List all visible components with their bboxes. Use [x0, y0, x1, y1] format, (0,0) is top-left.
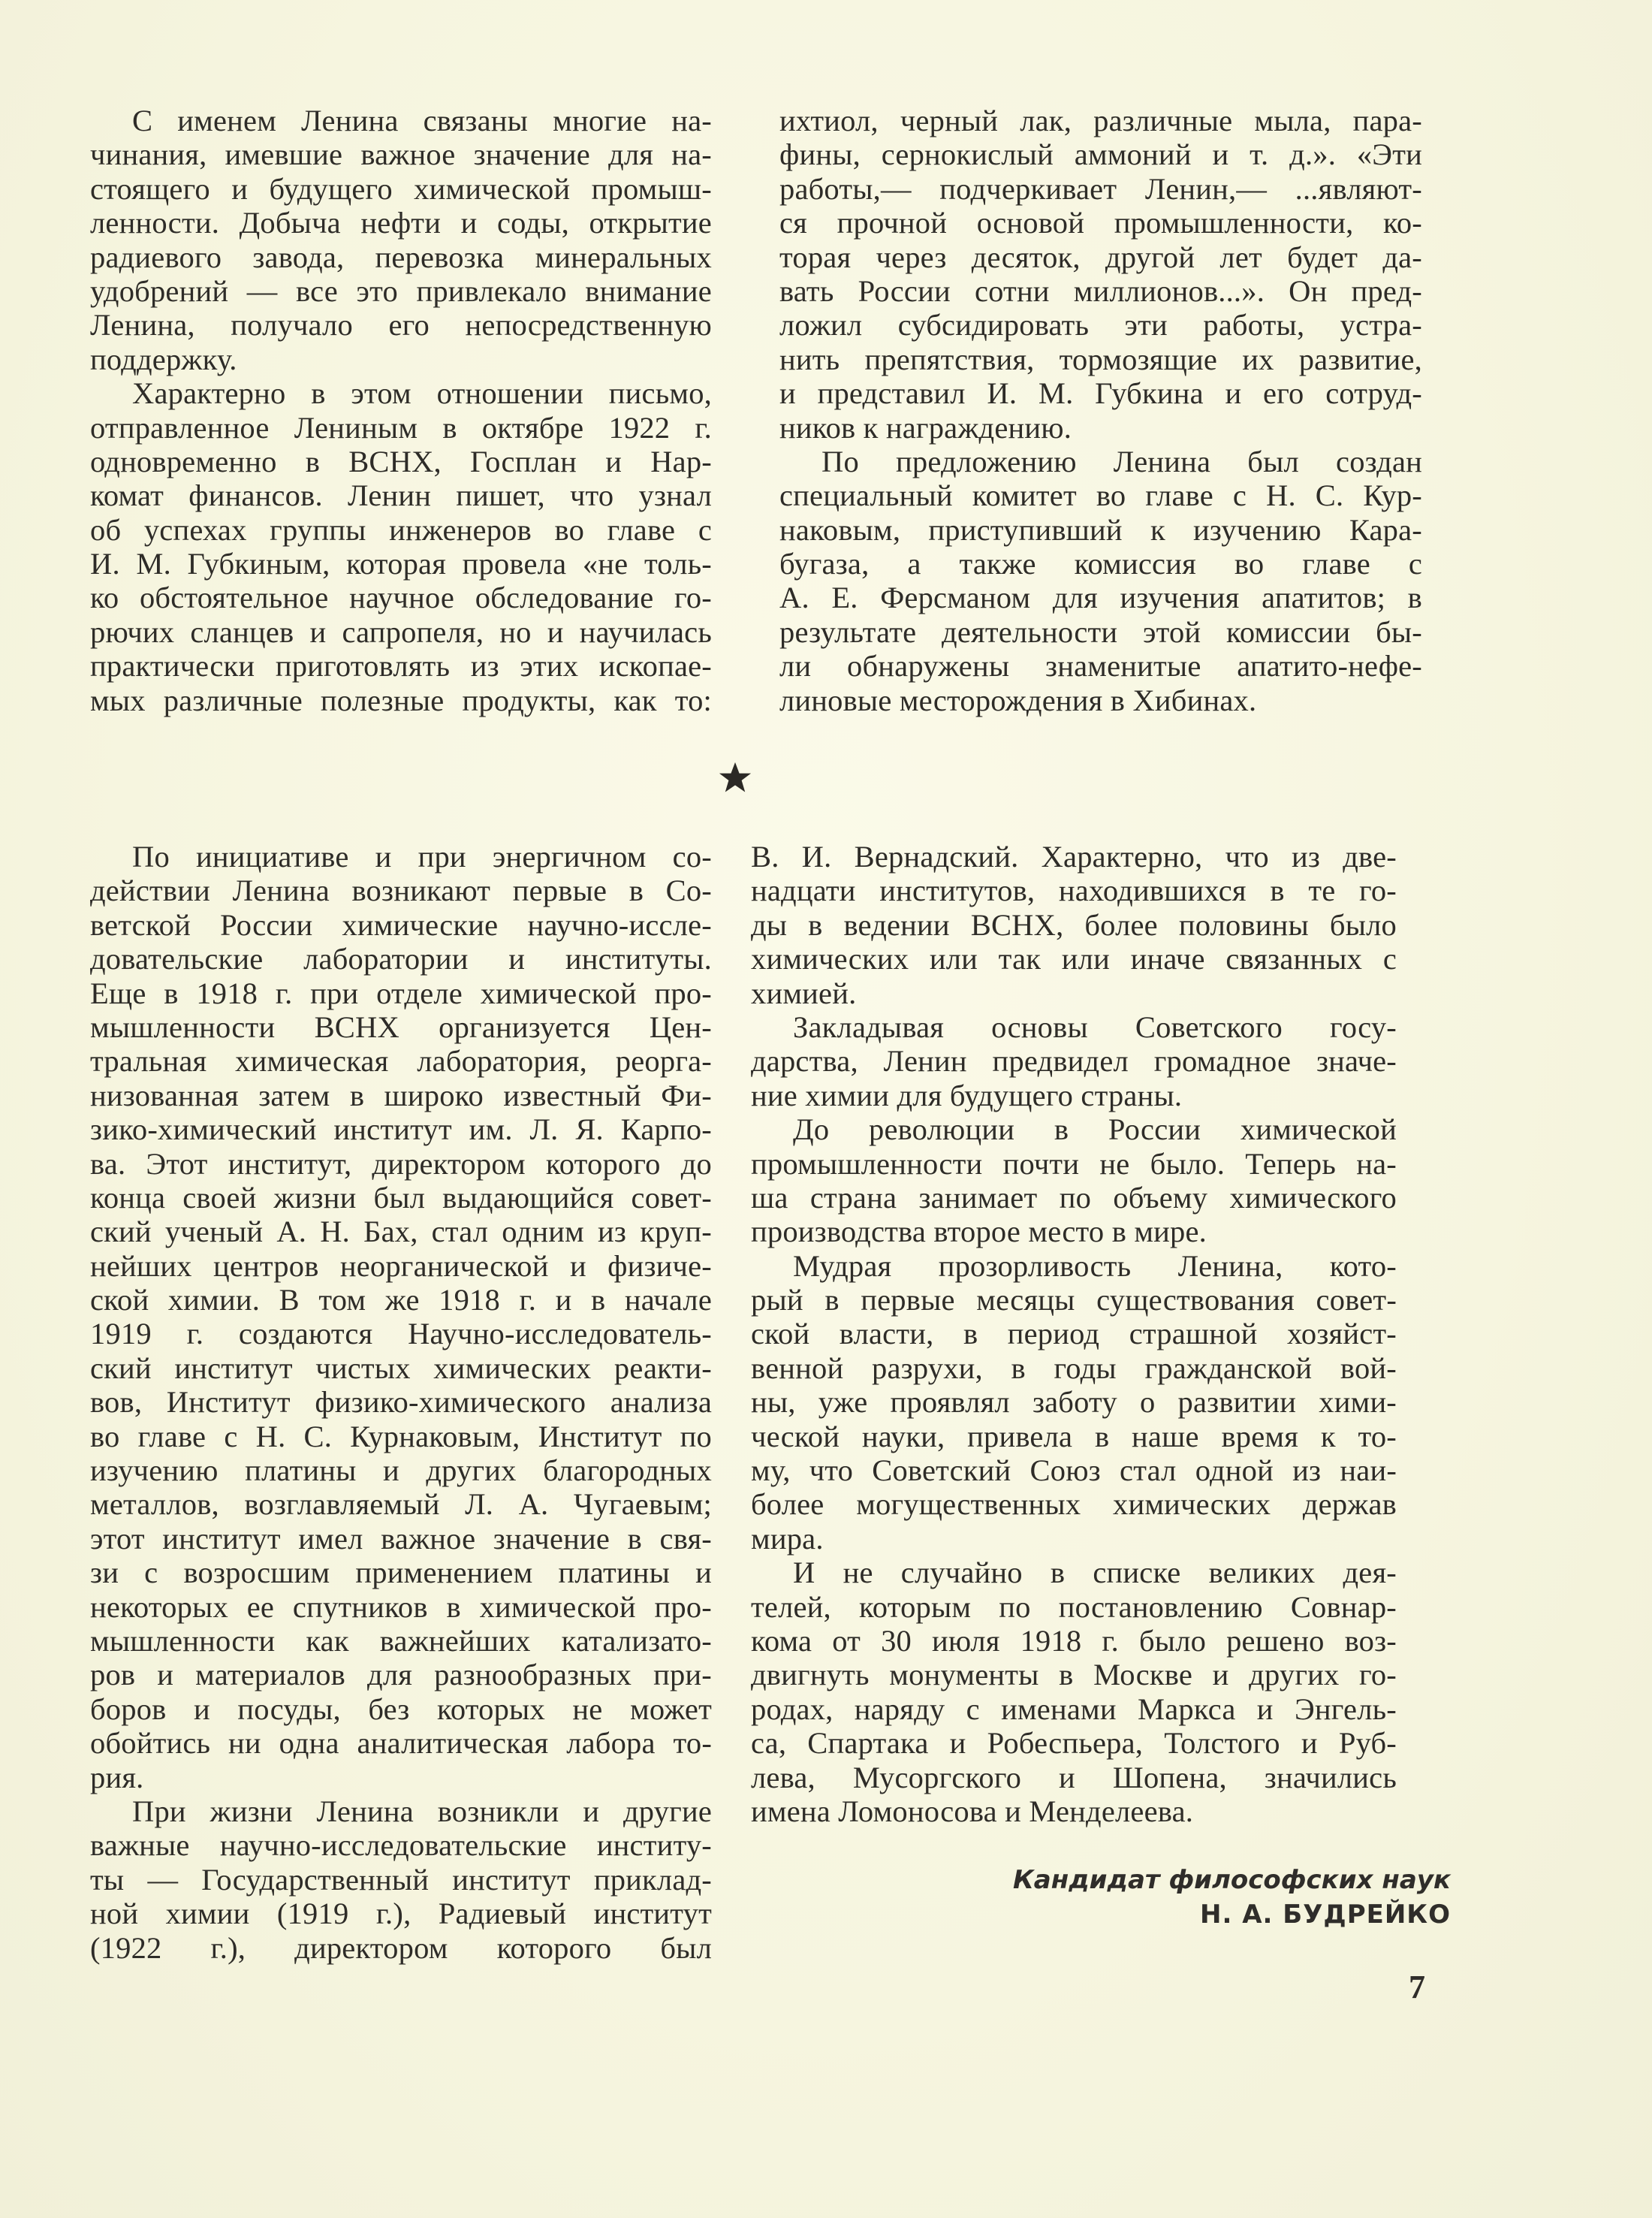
text-line: тральная химическая лаборатория, реорга-	[90, 1044, 712, 1078]
text-line: вов, Институт физико-химического анализа	[90, 1385, 712, 1419]
bottom-left-column: По инициативе и при энергичном со- дейст…	[90, 840, 712, 1965]
text-line: результате деятельности этой комиссии бы…	[779, 615, 1422, 649]
text-line: промышленности почти не было. Теперь на-	[751, 1147, 1397, 1181]
text-line: ров и материалов для разнообразных при-	[90, 1658, 712, 1691]
text-line: ко обстоятельное научное обследование го…	[90, 581, 712, 614]
text-line: металлов, возглавляемый Л. А. Чугаевым;	[90, 1487, 712, 1521]
text-line: По инициативе и при энергичном со-	[90, 840, 712, 874]
text-line: рючих сланцев и сапропеля, но и научилас…	[90, 615, 712, 649]
bottom-right-column: В. И. Вернадский. Характерно, что из две…	[751, 840, 1397, 1828]
magazine-page: С именем Ленина связаны многие на- чинан…	[0, 0, 1652, 2218]
text-line: По предложению Ленина был создан	[779, 445, 1422, 478]
text-line: ческой науки, привела в наше время к то-	[751, 1420, 1397, 1453]
text-line: этот институт имел важное значение в свя…	[90, 1522, 712, 1556]
text-line: (1922 г.), директором которого был	[90, 1931, 712, 1965]
text-line: обойтись ни одна аналитическая лабора то…	[90, 1726, 712, 1760]
text-line: комат финансов. Ленин пишет, что узнал	[90, 478, 712, 512]
text-line: конца своей жизни был выдающийся совет-	[90, 1181, 712, 1215]
text-line: ли обнаружены знаменитые апатито-нефе-	[779, 649, 1422, 683]
text-line: поддержку.	[90, 343, 712, 376]
text-line: нить препятствия, тормозящие их развитие…	[779, 343, 1422, 376]
text-line: мира.	[751, 1522, 1397, 1556]
text-line: некоторых ее спутников в химической про-	[90, 1590, 712, 1624]
text-line: более могущественных химических держав	[751, 1487, 1397, 1521]
text-line: зико-химический институт им. Л. Я. Карпо…	[90, 1112, 712, 1146]
text-line: двигнуть монументы в Москве и других го-	[751, 1658, 1397, 1691]
text-line: венной разрухи, в годы гражданской вой-	[751, 1351, 1397, 1385]
text-line: И. М. Губкиным, которая провела «не толь…	[90, 547, 712, 581]
text-line: удобрений — все это привлекало внимание	[90, 274, 712, 308]
top-left-column: С именем Ленина связаны многие на- чинан…	[90, 104, 712, 717]
page-number: 7	[1409, 1968, 1425, 2006]
text-line: одновременно в ВСНХ, Госплан и Нар-	[90, 445, 712, 478]
text-line: радиевого завода, перевозка минеральных	[90, 240, 712, 274]
text-line: ников к награждению.	[779, 411, 1422, 445]
text-line: ва. Этот институт, директором которого д…	[90, 1147, 712, 1181]
text-line: В. И. Вернадский. Характерно, что из две…	[751, 840, 1397, 874]
text-line: рый в первые месяцы существования совет-	[751, 1283, 1397, 1317]
text-line: ной химии (1919 г.), Радиевый институт	[90, 1897, 712, 1930]
author-name: Н. А. БУДРЕЙКО	[1013, 1897, 1451, 1932]
top-right-column: ихтиол, черный лак, различные мыла, пара…	[779, 104, 1422, 717]
text-line: Еще в 1918 г. при отделе химической про-	[90, 976, 712, 1010]
star-icon	[718, 760, 752, 795]
text-line: лева, Мусоргского и Шопена, значились	[751, 1761, 1397, 1794]
text-line: 1919 г. создаются Научно-исследователь-	[90, 1317, 712, 1350]
text-line: ветской России химические научно-иссле-	[90, 908, 712, 942]
text-line: специальный комитет во главе с Н. С. Кур…	[779, 478, 1422, 512]
text-line: бугаза, а также комиссия во главе с	[779, 547, 1422, 581]
text-line: об успехах группы инженеров во главе с	[90, 513, 712, 547]
text-line: Характерно в этом отношении письмо,	[90, 376, 712, 410]
text-line: Закладывая основы Советского госу-	[751, 1010, 1397, 1044]
text-line: мышленности как важнейших катализато-	[90, 1624, 712, 1658]
text-line: ние химии для будущего страны.	[751, 1079, 1397, 1112]
text-line: са, Спартака и Робеспьера, Толстого и Ру…	[751, 1726, 1397, 1760]
text-line: работы,— подчеркивает Ленин,— ...являют-	[779, 172, 1422, 206]
text-line: довательские лаборатории и институты.	[90, 942, 712, 976]
text-line: И не случайно в списке великих дея-	[751, 1556, 1397, 1589]
text-line: торая через десяток, другой лет будет да…	[779, 240, 1422, 274]
text-line: ский институт чистых химических реакти-	[90, 1351, 712, 1385]
text-line: ской власти, в период страшной хозяйст-	[751, 1317, 1397, 1350]
text-line: дарства, Ленин предвидел громадное значе…	[751, 1044, 1397, 1078]
text-line: Ленина, получало его непосредственную	[90, 308, 712, 342]
text-line: вать России сотни миллионов...». Он пред…	[779, 274, 1422, 308]
text-line: производства второе место в мире.	[751, 1215, 1397, 1248]
text-line: Мудрая прозорливость Ленина, кото-	[751, 1249, 1397, 1283]
text-line: надцати институтов, находившихся в те го…	[751, 874, 1397, 907]
text-line: чинания, имевшие важное значение для на-	[90, 137, 712, 171]
text-line: и представил И. М. Губкина и его сотруд-	[779, 376, 1422, 410]
text-line: мых различные полезные продукты, как то:	[90, 684, 712, 717]
text-line: во главе с Н. С. Курнаковым, Институт по	[90, 1420, 712, 1453]
text-line: ды в ведении ВСНХ, более половины было	[751, 908, 1397, 942]
text-line: отправленное Лениным в октябре 1922 г.	[90, 411, 712, 445]
text-line: ской химии. В том же 1918 г. и в начале	[90, 1283, 712, 1317]
text-line: действии Ленина возникают первые в Со-	[90, 874, 712, 907]
text-line: кома от 30 июля 1918 г. было решено воз-	[751, 1624, 1397, 1658]
text-line: До революции в России химической	[751, 1112, 1397, 1146]
text-line: рия.	[90, 1761, 712, 1794]
text-line: А. Е. Ферсманом для изучения апатитов; в	[779, 581, 1422, 614]
text-line: ложил субсидировать эти работы, устра-	[779, 308, 1422, 342]
text-line: изучению платины и других благородных	[90, 1453, 712, 1487]
text-line: стоящего и будущего химической промыш-	[90, 172, 712, 206]
text-line: мышленности ВСНХ организуется Цен-	[90, 1010, 712, 1044]
text-line: При жизни Ленина возникли и другие	[90, 1794, 712, 1828]
text-line: С именем Ленина связаны многие на-	[90, 104, 712, 137]
text-line: боров и посуды, без которых не может	[90, 1692, 712, 1726]
text-line: наковым, приступивший к изучению Кара-	[779, 513, 1422, 547]
text-line: имена Ломоносова и Менделеева.	[751, 1794, 1397, 1828]
text-line: ша страна занимает по объему химического	[751, 1181, 1397, 1215]
text-line: химических или так или иначе связанных с	[751, 942, 1397, 976]
text-line: важные научно-исследовательские институ-	[90, 1828, 712, 1862]
text-line: нейших центров неорганической и физиче-	[90, 1249, 712, 1283]
text-line: фины, сернокислый аммоний и т. д.». «Эти	[779, 137, 1422, 171]
text-line: практически приготовлять из этих ископае…	[90, 649, 712, 683]
author-title: Кандидат философских наук	[1013, 1863, 1451, 1897]
text-line: ленности. Добыча нефти и соды, открытие	[90, 206, 712, 240]
text-line: химией.	[751, 976, 1397, 1010]
text-line: ны, уже проявлял заботу о развитии хими-	[751, 1385, 1397, 1419]
text-line: му, что Советский Союз стал одной из наи…	[751, 1453, 1397, 1487]
text-line: ский ученый А. Н. Бах, стал одним из кру…	[90, 1215, 712, 1248]
text-line: ся прочной основой промышленности, ко-	[779, 206, 1422, 240]
text-line: родах, наряду с именами Маркса и Энгель-	[751, 1692, 1397, 1726]
author-signature: Кандидат философских наук Н. А. БУДРЕЙКО	[1013, 1863, 1451, 1932]
text-line: зи с возросшим применением платины и	[90, 1556, 712, 1589]
text-line: ты — Государственный институт приклад-	[90, 1863, 712, 1897]
text-line: телей, которым по постановлению Совнар-	[751, 1590, 1397, 1624]
text-line: низованная затем в широко известный Фи-	[90, 1079, 712, 1112]
text-line: линовые месторождения в Хибинах.	[779, 684, 1422, 717]
text-line: ихтиол, черный лак, различные мыла, пара…	[779, 104, 1422, 137]
